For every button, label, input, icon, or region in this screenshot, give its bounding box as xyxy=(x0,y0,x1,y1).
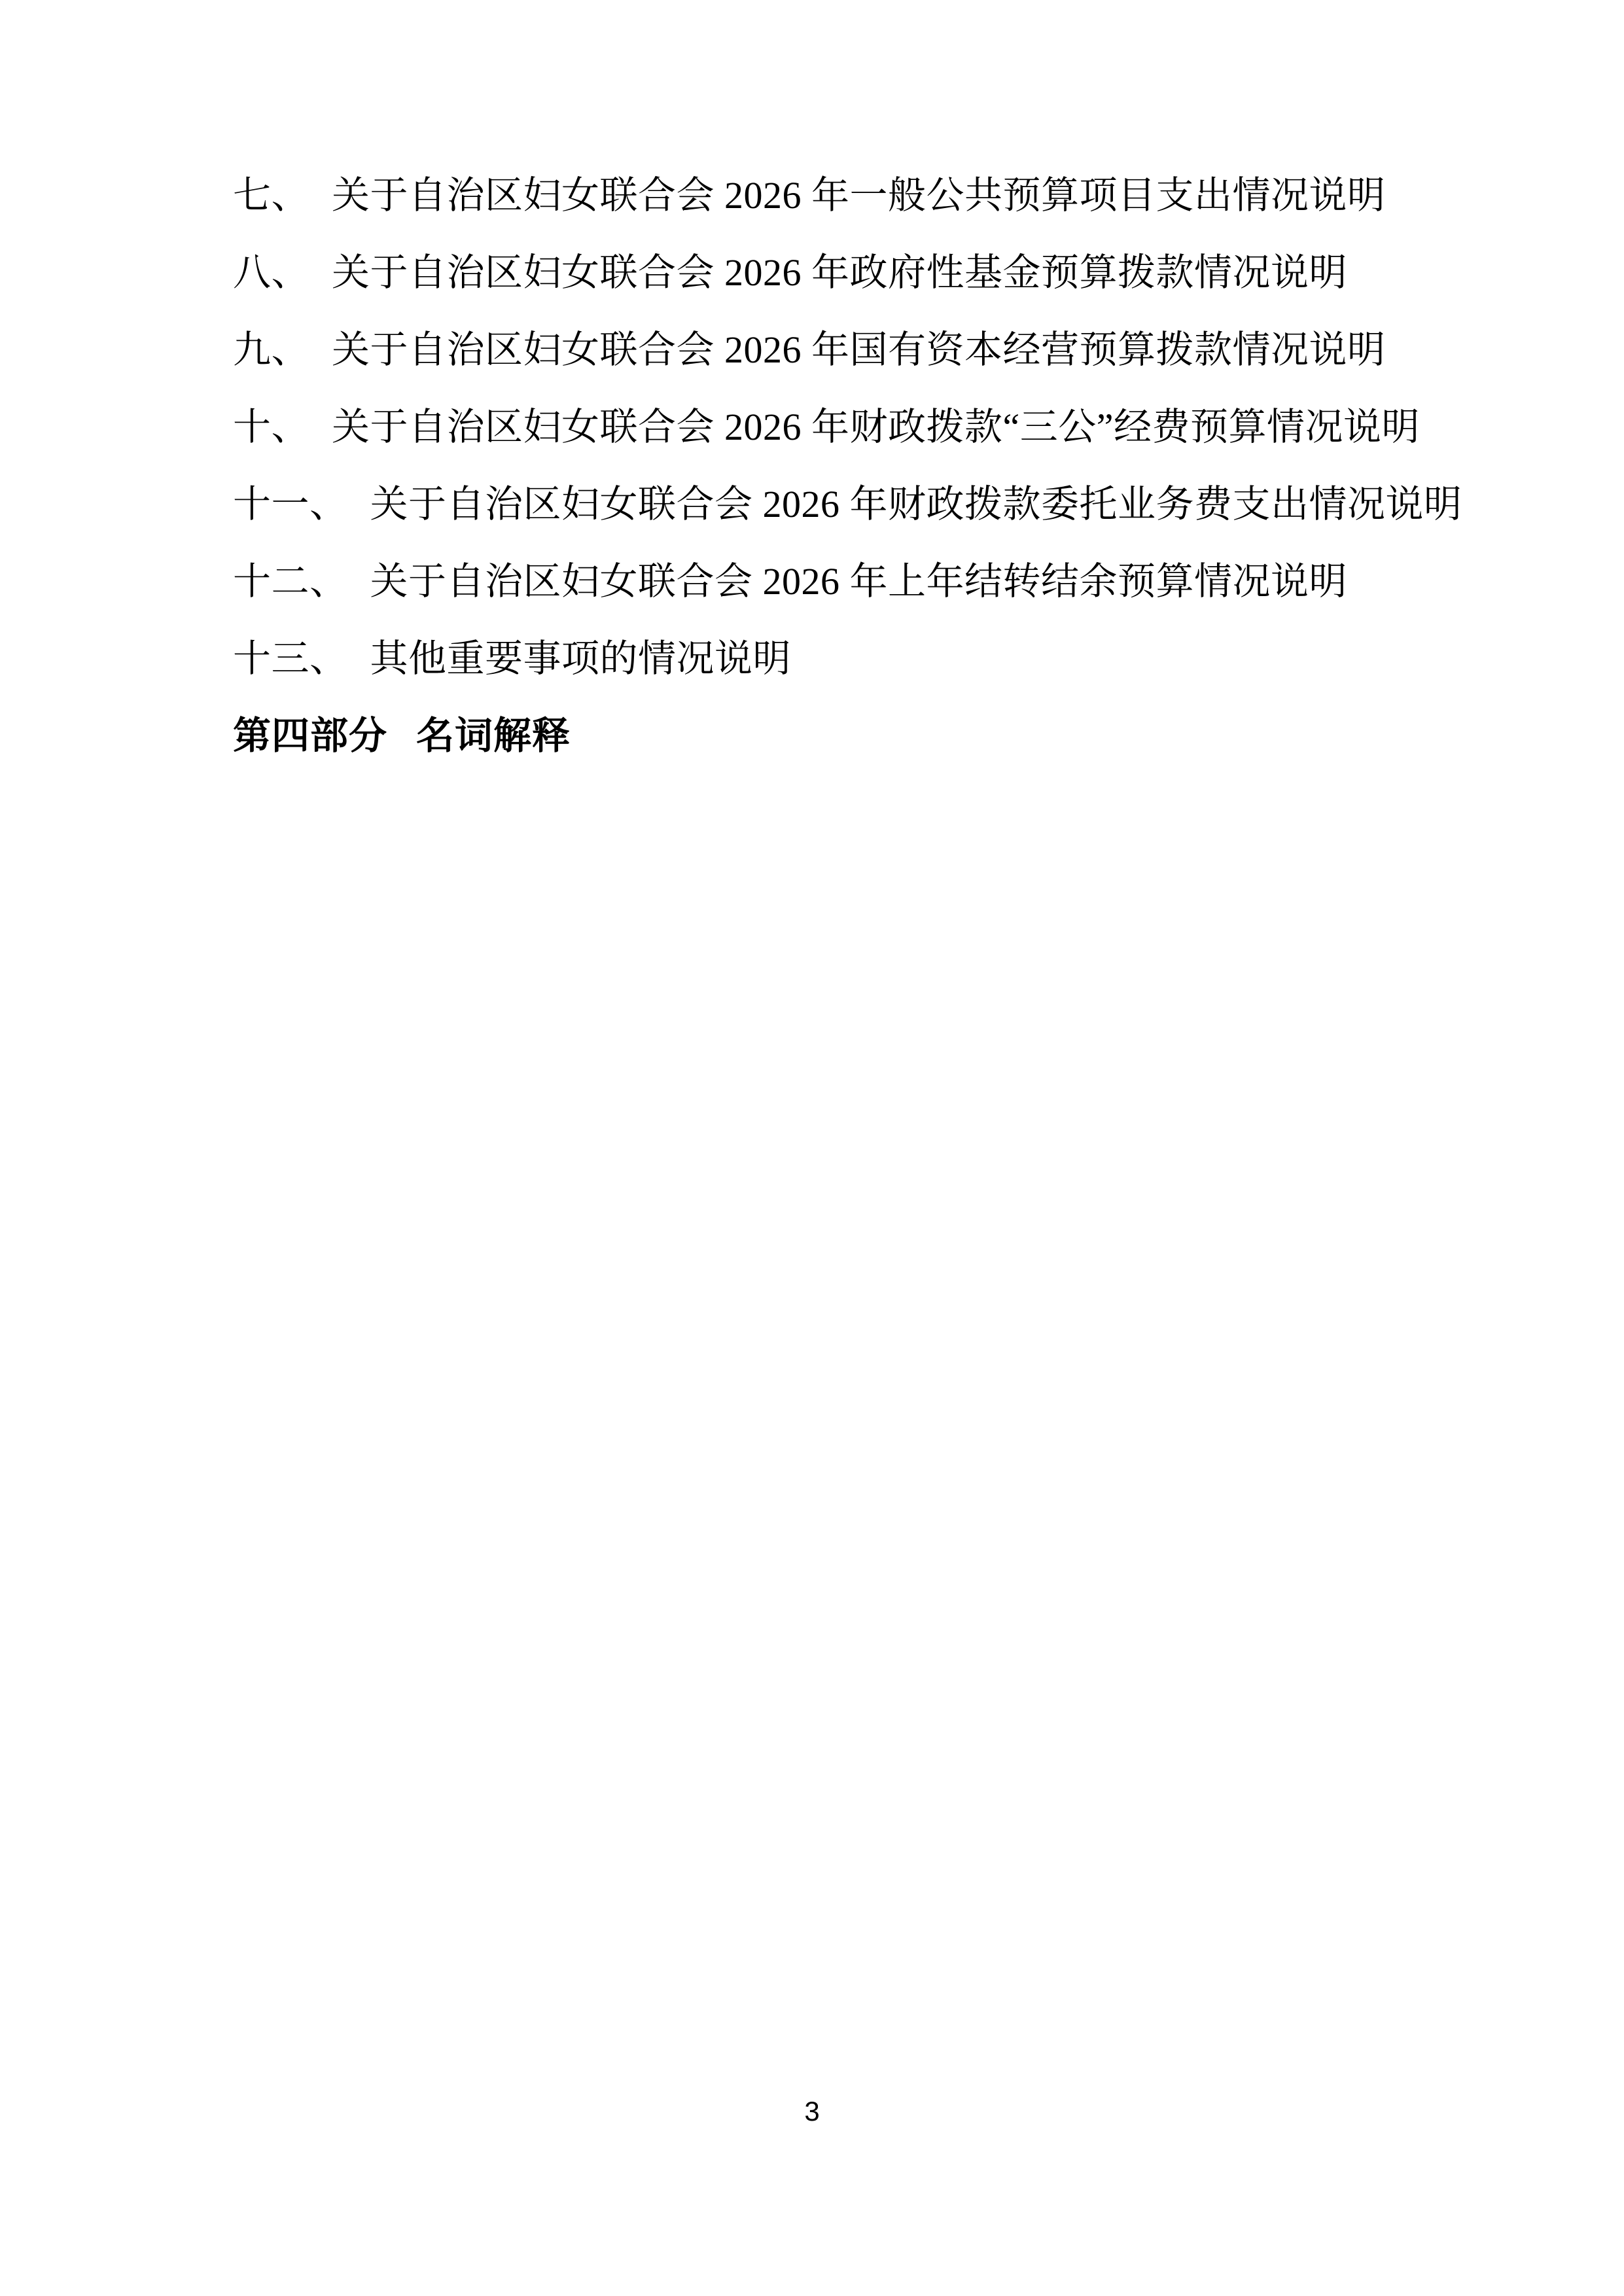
toc-item-text: 关于自治区妇女联合会 2026 年上年结转结余预算情况说明 xyxy=(370,543,1348,620)
section-heading-part: 第四部分 xyxy=(233,698,387,775)
toc-item-number: 十一、 xyxy=(233,466,348,543)
toc-item: 十二、关于自治区妇女联合会 2026 年上年结转结余预算情况说明 xyxy=(233,543,1545,620)
toc-item-number: 八、 xyxy=(233,234,309,311)
toc-item: 七、关于自治区妇女联合会 2026 年一般公共预算项目支出情况说明 xyxy=(233,157,1545,234)
toc-item-number: 十、 xyxy=(233,389,309,466)
toc-item-text: 关于自治区妇女联合会 2026 年财政拨款“三公”经费预算情况说明 xyxy=(332,389,1420,466)
toc-item: 九、关于自治区妇女联合会 2026 年国有资本经营预算拨款情况说明 xyxy=(233,311,1545,389)
toc-item-text: 关于自治区妇女联合会 2026 年国有资本经营预算拨款情况说明 xyxy=(332,311,1386,389)
toc-item-text: 关于自治区妇女联合会 2026 年政府性基金预算拨款情况说明 xyxy=(332,234,1347,311)
toc-item-number: 七、 xyxy=(233,157,309,234)
toc-item-text: 关于自治区妇女联合会 2026 年财政拨款委托业务费支出情况说明 xyxy=(370,466,1462,543)
toc-item-text: 其他重要事项的情况说明 xyxy=(370,620,792,698)
toc-item: 八、关于自治区妇女联合会 2026 年政府性基金预算拨款情况说明 xyxy=(233,234,1545,311)
toc-item-number: 十三、 xyxy=(233,620,348,698)
section-heading: 第四部分名词解释 xyxy=(233,698,1545,775)
toc-item: 十三、其他重要事项的情况说明 xyxy=(233,620,1545,698)
toc-item-text: 关于自治区妇女联合会 2026 年一般公共预算项目支出情况说明 xyxy=(332,157,1386,234)
page-number: 3 xyxy=(804,2096,819,2127)
toc-item-number: 九、 xyxy=(233,311,309,389)
document-page: 七、关于自治区妇女联合会 2026 年一般公共预算项目支出情况说明 八、关于自治… xyxy=(0,0,1624,2296)
toc-item-number: 十二、 xyxy=(233,543,348,620)
table-of-contents: 七、关于自治区妇女联合会 2026 年一般公共预算项目支出情况说明 八、关于自治… xyxy=(233,157,1545,775)
section-heading-title: 名词解释 xyxy=(416,715,571,757)
page-footer: 3 xyxy=(0,2096,1624,2127)
toc-item: 十、关于自治区妇女联合会 2026 年财政拨款“三公”经费预算情况说明 xyxy=(233,389,1545,466)
toc-item: 十一、关于自治区妇女联合会 2026 年财政拨款委托业务费支出情况说明 xyxy=(233,466,1545,543)
